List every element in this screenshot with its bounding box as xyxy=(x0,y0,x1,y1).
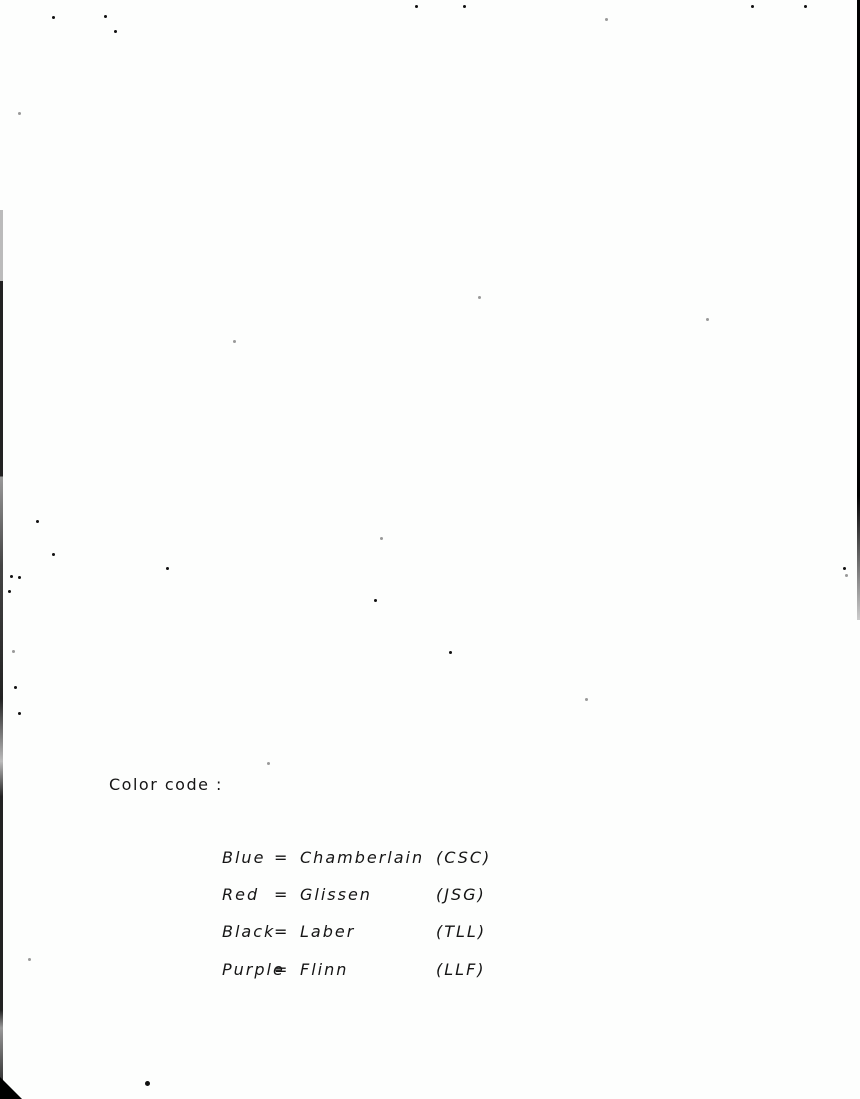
color-code-row: Black = Laber (TLL) xyxy=(222,922,522,946)
scan-speck xyxy=(36,520,39,523)
scan-speck xyxy=(166,567,169,570)
scanned-page: Color code : Blue = Chamberlain (CSC) Re… xyxy=(0,0,860,1099)
scan-speck xyxy=(12,650,15,653)
color-code-heading: Color code : xyxy=(109,775,223,794)
person-initials: (CSC) xyxy=(436,848,491,867)
person-name: Glissen xyxy=(300,885,372,904)
color-label: Blue xyxy=(222,848,265,867)
scan-speck xyxy=(478,296,481,299)
color-code-row: Red = Glissen (JSG) xyxy=(222,885,522,909)
scan-speck xyxy=(374,599,377,602)
scan-speck xyxy=(706,318,709,321)
scan-speck xyxy=(104,15,107,18)
scan-speck xyxy=(605,18,608,21)
scan-speck xyxy=(52,16,55,19)
person-initials: (TLL) xyxy=(436,922,486,941)
person-initials: (JSG) xyxy=(436,885,486,904)
scan-speck xyxy=(18,112,21,115)
scan-speck xyxy=(380,537,383,540)
scan-edge-left xyxy=(0,210,3,1099)
equals-sign: = xyxy=(274,885,289,904)
scan-speck xyxy=(145,1081,150,1086)
scan-speck xyxy=(449,651,452,654)
scan-speck xyxy=(845,574,848,577)
scan-corner-artifact xyxy=(0,1077,22,1099)
scan-speck xyxy=(843,567,846,570)
scan-speck xyxy=(28,958,31,961)
color-code-row: Blue = Chamberlain (CSC) xyxy=(222,848,522,872)
scan-speck xyxy=(804,5,807,8)
color-code-row: Purple = Flinn (LLF) xyxy=(222,960,522,984)
scan-speck xyxy=(18,712,21,715)
scan-speck xyxy=(114,30,117,33)
equals-sign: = xyxy=(274,848,289,867)
scan-speck xyxy=(18,576,21,579)
scan-speck xyxy=(751,5,754,8)
scan-speck xyxy=(267,762,270,765)
scan-speck xyxy=(585,698,588,701)
scan-speck xyxy=(233,340,236,343)
color-label: Red xyxy=(222,885,259,904)
scan-speck xyxy=(14,686,17,689)
scan-speck xyxy=(52,553,55,556)
equals-sign: = xyxy=(274,960,289,979)
color-label: Black xyxy=(222,922,275,941)
scan-speck xyxy=(463,5,466,8)
person-initials: (LLF) xyxy=(436,960,486,979)
person-name: Chamberlain xyxy=(300,848,424,867)
scan-speck xyxy=(415,5,418,8)
person-name: Flinn xyxy=(300,960,348,979)
equals-sign: = xyxy=(274,922,289,941)
scan-speck xyxy=(8,590,11,593)
scan-speck xyxy=(10,575,13,578)
person-name: Laber xyxy=(300,922,355,941)
